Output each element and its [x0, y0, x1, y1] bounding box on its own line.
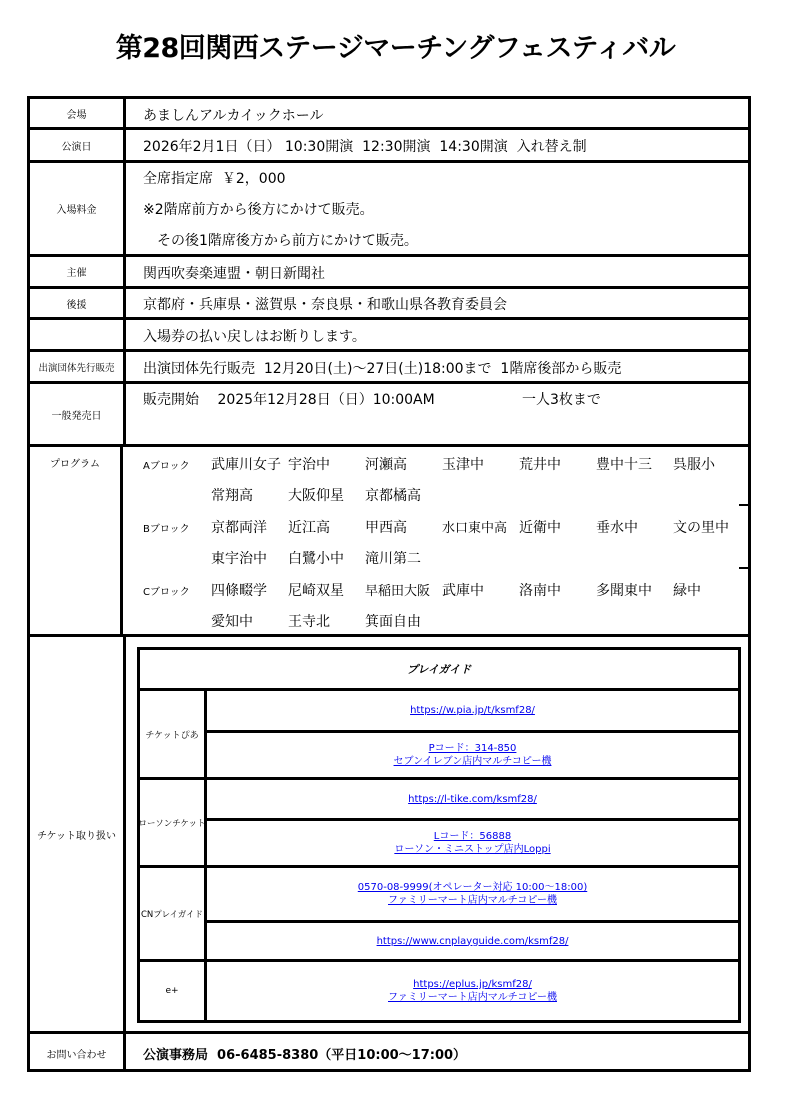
row-presale: 出演団体先行販売 出演団体先行販売 12月20日(土)～27日(土)18:00ま…: [30, 352, 748, 384]
row-venue: 会場 あましんアルカイックホール: [30, 99, 748, 130]
school: 荒井中: [519, 454, 561, 474]
label-price: 入場料金: [30, 163, 126, 254]
cn-phone-cell: 0570-08-9999(オペレーター対応 10:00～18:00) ファミリー…: [207, 868, 738, 920]
school: 文の里中: [673, 517, 729, 537]
school: 大阪仰星: [288, 485, 344, 505]
provider-pia: チケットぴあ: [140, 691, 207, 777]
lawson-store-link[interactable]: ローソン・ミニストップ店内Loppi: [394, 843, 550, 856]
cn-url-link[interactable]: https://www.cnplayguide.com/ksmf28/: [377, 935, 569, 948]
cn-store-link[interactable]: ファミリーマート店内マルチコピー機: [388, 894, 557, 907]
school: 武庫川女子: [211, 454, 281, 474]
price-line-3: その後1階席後方から前方にかけて販売。: [143, 230, 418, 250]
school: 早稲田大阪: [365, 580, 430, 599]
row-date: 公演日 2026年2月1日（日） 10:30開演 12:30開演 14:30開演…: [30, 130, 748, 163]
date-value: 2026年2月1日（日） 10:30開演 12:30開演 14:30開演 入れ替…: [143, 136, 587, 156]
label-contact: お問い合わせ: [30, 1034, 126, 1072]
provider-lawson: ローソンチケット: [140, 780, 207, 865]
eplus-url-link[interactable]: https://eplus.jp/ksmf28/: [413, 978, 532, 991]
divider-tick: [739, 567, 751, 569]
eplus-cell: https://eplus.jp/ksmf28/ ファミリーマート店内マルチコピ…: [207, 962, 738, 1020]
lawson-code-cell: Lコード：56888 ローソン・ミニストップ店内Loppi: [207, 821, 738, 865]
venue-value: あましんアルカイックホール: [143, 105, 323, 125]
divider-tick: [739, 504, 751, 506]
school: 豊中十三: [596, 454, 652, 474]
pia-store-link[interactable]: セブンイレブン店内マルチコピー機: [394, 755, 552, 768]
school: 玉津中: [442, 454, 484, 474]
support-value: 京都府・兵庫県・滋賀県・奈良県・和歌山県各教育委員会: [143, 294, 507, 314]
page-title: 第28回関西ステージマーチングフェスティバル: [0, 26, 791, 65]
general-sale-value: 販売開始 2025年12月28日（日）10:00AM: [143, 389, 435, 409]
school: 白鷺小中: [288, 548, 344, 568]
eplus-store-link[interactable]: ファミリーマート店内マルチコピー機: [388, 991, 557, 1004]
row-refund: 入場券の払い戻しはお断りします。: [30, 320, 748, 352]
school: 河瀬高: [365, 454, 407, 474]
school: 武庫中: [442, 580, 484, 600]
school: 垂水中: [596, 517, 638, 537]
school: 宇治中: [288, 454, 330, 474]
school: 近江高: [288, 517, 330, 537]
contact-value: 公演事務局 06-6485-8380（平日10:00～17:00）: [143, 1044, 466, 1063]
lawson-code-link[interactable]: Lコード：56888: [434, 830, 511, 843]
label-refund: [30, 320, 126, 349]
price-line-2: ※2階席前方から後方にかけて販売。: [143, 199, 374, 219]
school: 水口東中高: [442, 517, 507, 536]
pia-code-cell: Pコード：314-850 セブンイレブン店内マルチコピー機: [207, 733, 738, 777]
row-program: プログラム Aブロック 武庫川女子 宇治中 河瀬高 玉津中 荒井中 豊中十三 呉…: [30, 447, 748, 637]
school: 近衛中: [519, 517, 561, 537]
pia-url-link[interactable]: https://w.pia.jp/t/ksmf28/: [410, 704, 535, 717]
school: 甲西高: [365, 517, 407, 537]
school: 東宇治中: [211, 548, 267, 568]
price-line-1: 全席指定席 ￥2，000: [143, 168, 286, 188]
school: 愛知中: [211, 611, 253, 631]
pia-code-link[interactable]: Pコード：314-850: [429, 742, 517, 755]
lawson-url-link[interactable]: https://l-tike.com/ksmf28/: [408, 793, 537, 806]
label-presale: 出演団体先行販売: [30, 352, 126, 381]
row-general-sale: 一般発売日 販売開始 2025年12月28日（日）10:00AM 一人3枚まで: [30, 384, 748, 447]
school: 緑中: [673, 580, 701, 600]
label-program: プログラム: [30, 447, 123, 634]
row-contact: お問い合わせ 公演事務局 06-6485-8380（平日10:00～17:00）: [30, 1034, 748, 1072]
cn-url-cell: https://www.cnplayguide.com/ksmf28/: [207, 923, 738, 959]
presale-value: 出演団体先行販売 12月20日(土)～27日(土)18:00まで 1階席後部から…: [143, 358, 621, 378]
block-b-label: Bブロック: [143, 520, 190, 535]
label-date: 公演日: [30, 130, 126, 160]
pia-url-cell: https://w.pia.jp/t/ksmf28/: [207, 691, 738, 730]
school: 京都橘高: [365, 485, 421, 505]
school: 多聞東中: [596, 580, 652, 600]
organizer-value: 関西吹奏楽連盟・朝日新聞社: [143, 263, 325, 283]
school: 尼崎双星: [288, 580, 344, 600]
provider-eplus: e+: [140, 962, 207, 1020]
cn-phone-link[interactable]: 0570-08-9999(オペレーター対応 10:00～18:00): [358, 881, 587, 894]
row-support: 後援 京都府・兵庫県・滋賀県・奈良県・和歌山県各教育委員会: [30, 289, 748, 320]
row-price: 入場料金 全席指定席 ￥2，000 ※2階席前方から後方にかけて販売。 その後1…: [30, 163, 748, 257]
block-a-label: Aブロック: [143, 457, 190, 472]
label-general-sale: 一般発売日: [30, 384, 126, 444]
lawson-url-cell: https://l-tike.com/ksmf28/: [207, 780, 738, 818]
ticket-limit: 一人3枚まで: [522, 389, 601, 409]
school: 滝川第二: [365, 548, 421, 568]
refund-value: 入場券の払い戻しはお断りします。: [143, 326, 366, 346]
school: 洛南中: [519, 580, 561, 600]
block-c-label: Cブロック: [143, 583, 190, 598]
school: 呉服小: [673, 454, 715, 474]
row-organizer: 主催 関西吹奏楽連盟・朝日新聞社: [30, 257, 748, 289]
school: 常翔高: [211, 485, 253, 505]
school: 箕面自由: [365, 611, 421, 631]
provider-cn: CNプレイガイド: [140, 868, 207, 959]
playguide-title: プレイガイド: [140, 650, 738, 691]
label-support: 後援: [30, 289, 126, 317]
label-venue: 会場: [30, 99, 126, 127]
label-tickets: チケット取り扱い: [30, 637, 126, 1031]
playguide-table: プレイガイド チケットぴあ https://w.pia.jp/t/ksmf28/…: [137, 647, 741, 1023]
school: 四條畷学: [211, 580, 267, 600]
school: 京都両洋: [211, 517, 267, 537]
label-organizer: 主催: [30, 257, 126, 286]
school: 王寺北: [288, 611, 330, 631]
